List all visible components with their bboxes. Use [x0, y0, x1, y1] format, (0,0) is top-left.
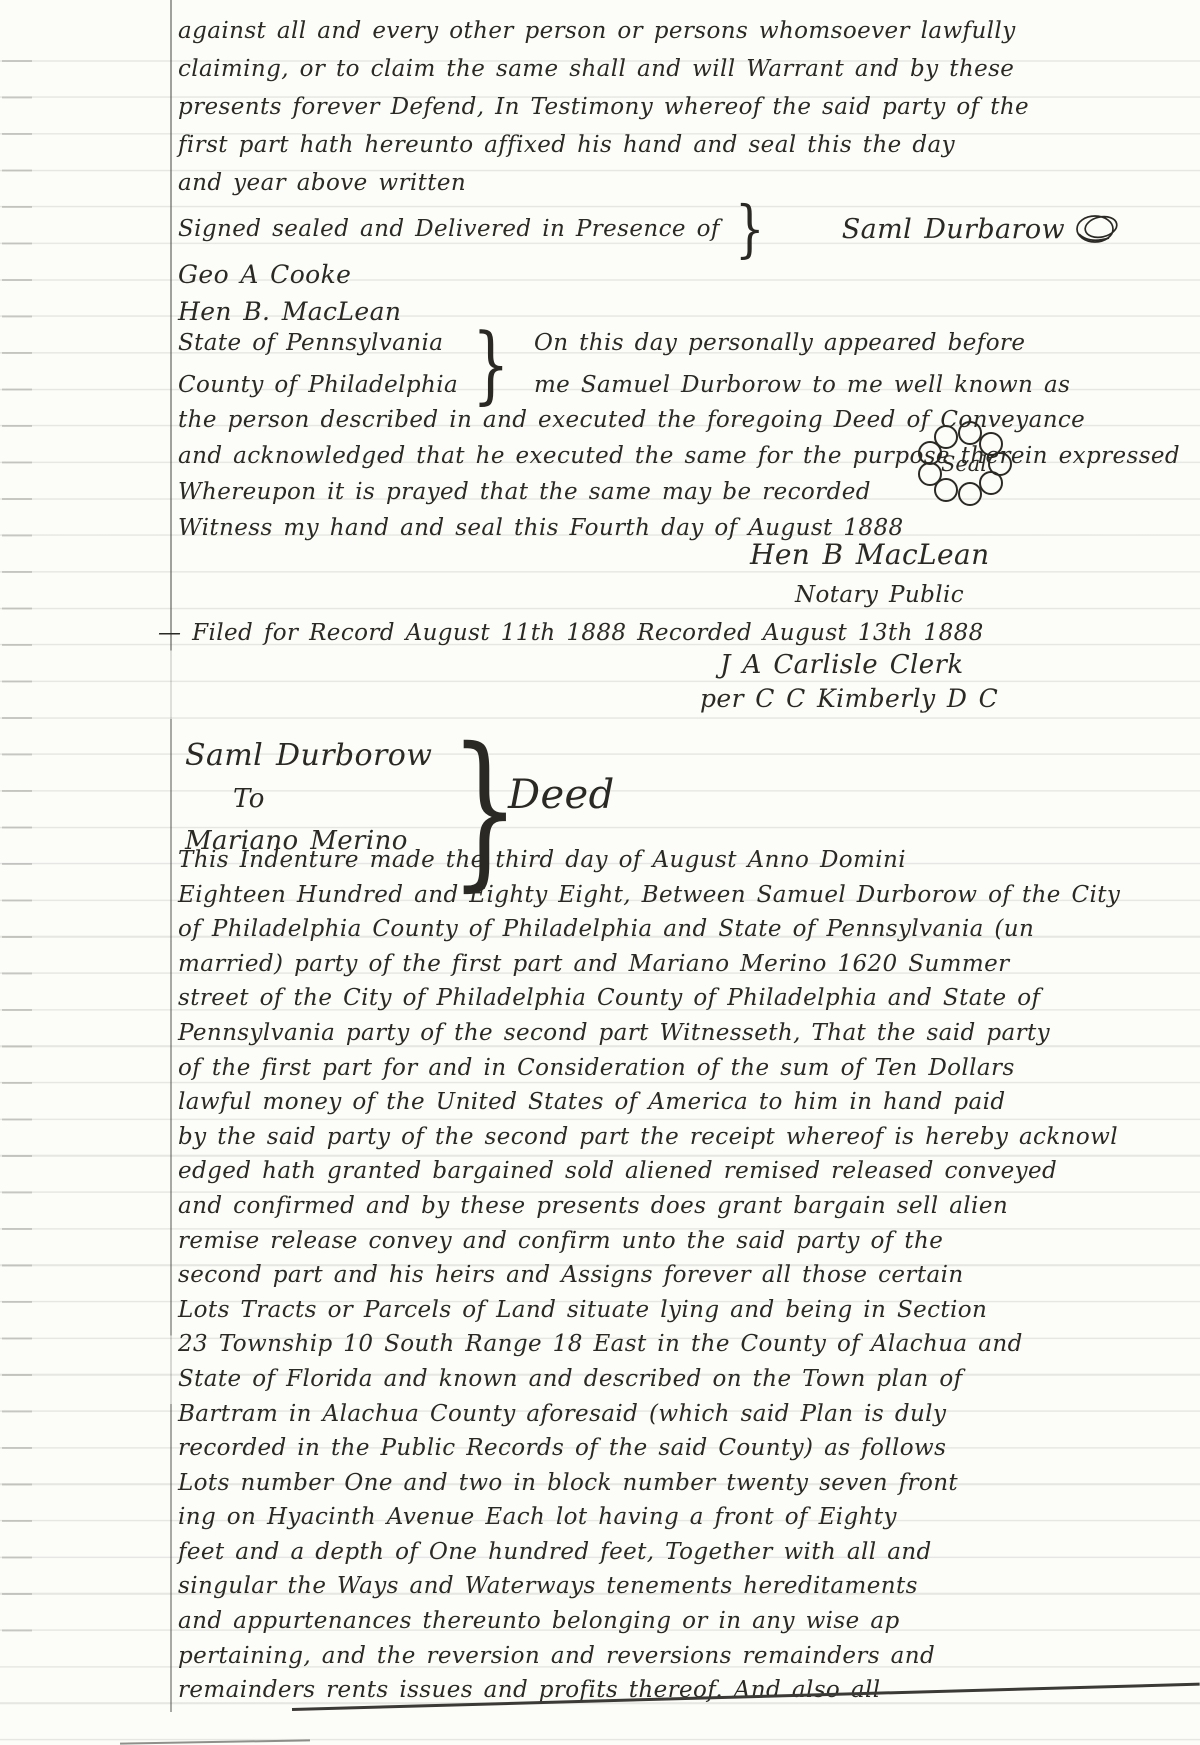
handwritten-line: This Indenture made the third day of Aug…	[178, 843, 1123, 878]
handwritten-line: and confirmed and by these presents does…	[178, 1189, 1123, 1224]
witness-clause: Signed sealed and Delivered in Presence …	[178, 216, 720, 242]
notary-title: Notary Public	[795, 582, 964, 608]
handwritten-line: and year above written	[178, 164, 1118, 202]
handwritten-line: singular the Ways and Waterways tenement…	[178, 1569, 1123, 1604]
deed-record-page: against all and every other person or pe…	[0, 0, 1200, 1745]
caption-grantor: Saml Durborow	[185, 733, 432, 779]
grantor-signature-block: Saml Durbarow	[842, 210, 1123, 248]
handwritten-line: 23 Township 10 South Range 18 East in th…	[178, 1327, 1123, 1362]
handwritten-line: lawful money of the United States of Ame…	[178, 1085, 1123, 1120]
notary-signature: Hen B MacLean	[750, 538, 990, 571]
handwritten-line: Lots number One and two in block number …	[178, 1466, 1123, 1501]
handwritten-line: second part and his heirs and Assigns fo…	[178, 1258, 1123, 1293]
handwritten-line: ing on Hyacinth Avenue Each lot having a…	[178, 1500, 1123, 1535]
page-edge-scan-line-short	[120, 1739, 310, 1744]
venue-column: State of PennsylvaniaCounty of Philadelp…	[178, 322, 458, 406]
instrument-type-label: Deed	[508, 772, 615, 818]
ruled-line-edge-ticks	[2, 60, 32, 1660]
venue-line: County of Philadelphia	[178, 364, 458, 406]
handwritten-line: Eighteen Hundred and Eighty Eight, Betwe…	[178, 878, 1123, 913]
venue-line: State of Pennsylvania	[178, 322, 458, 364]
handwritten-line: of Philadelphia County of Philadelphia a…	[178, 912, 1123, 947]
closing-paragraph: against all and every other person or pe…	[178, 12, 1118, 202]
handwritten-line: against all and every other person or pe…	[178, 12, 1118, 50]
handwritten-line: feet and a depth of One hundred feet, To…	[178, 1535, 1123, 1570]
witness-signature: Geo A Cooke	[178, 256, 401, 293]
handwritten-line: recorded in the Public Records of the sa…	[178, 1431, 1123, 1466]
clerk-signature: J A Carlisle Clerk	[720, 650, 963, 680]
handwritten-line: edged hath granted bargained sold aliene…	[178, 1154, 1123, 1189]
handwritten-line: married) party of the first part and Mar…	[178, 947, 1123, 982]
handwritten-line: remise release convey and confirm unto t…	[178, 1224, 1123, 1259]
attestation-row: Signed sealed and Delivered in Presence …	[178, 198, 1123, 260]
deed-body-text: This Indenture made the third day of Aug…	[178, 843, 1123, 1708]
handwritten-line: State of Florida and known and described…	[178, 1362, 1123, 1397]
left-margin-rule	[170, 0, 172, 1712]
handwritten-line: of the first part for and in Considerati…	[178, 1051, 1123, 1086]
handwritten-line: presents forever Defend, In Testimony wh…	[178, 88, 1118, 126]
handwritten-line: Bartram in Alachua County aforesaid (whi…	[178, 1397, 1123, 1432]
handwritten-line: claiming, or to claim the same shall and…	[178, 50, 1118, 88]
acknowledgment-venue-row: State of PennsylvaniaCounty of Philadelp…	[178, 322, 1070, 406]
caption-connector: To	[185, 779, 432, 819]
handwritten-line: pertaining, and the reversion and revers…	[178, 1639, 1123, 1674]
handwritten-line: street of the City of Philadelphia Count…	[178, 981, 1123, 1016]
acknowledgment-opening-line: me Samuel Durborow to me well known as	[534, 364, 1070, 406]
attestation-brace: }	[735, 198, 765, 260]
deputy-clerk-signature: per C C Kimberly D C	[700, 684, 998, 713]
recording-line: — Filed for Record August 11th 1888 Reco…	[158, 620, 984, 646]
handwritten-line: and appurtenances thereunto belonging or…	[178, 1604, 1123, 1639]
acknowledgment-opening-column: On this day personally appeared beforeme…	[534, 322, 1070, 406]
handwritten-line: Pennsylvania party of the second part Wi…	[178, 1016, 1123, 1051]
handwritten-line: by the said party of the second part the…	[178, 1120, 1123, 1155]
handwritten-line: Lots Tracts or Parcels of Land situate l…	[178, 1293, 1123, 1328]
notary-seal-label: Seal	[941, 452, 987, 476]
notary-seal-icon: Seal	[912, 416, 1016, 512]
witness-signatures: Geo A CookeHen B. MacLean	[178, 256, 401, 330]
venue-brace: }	[472, 322, 510, 406]
grantor-seal-flourish-icon	[1071, 210, 1123, 248]
acknowledgment-opening-line: On this day personally appeared before	[534, 322, 1070, 364]
grantor-signature: Saml Durbarow	[842, 214, 1065, 245]
handwritten-line: first part hath hereunto affixed his han…	[178, 126, 1118, 164]
